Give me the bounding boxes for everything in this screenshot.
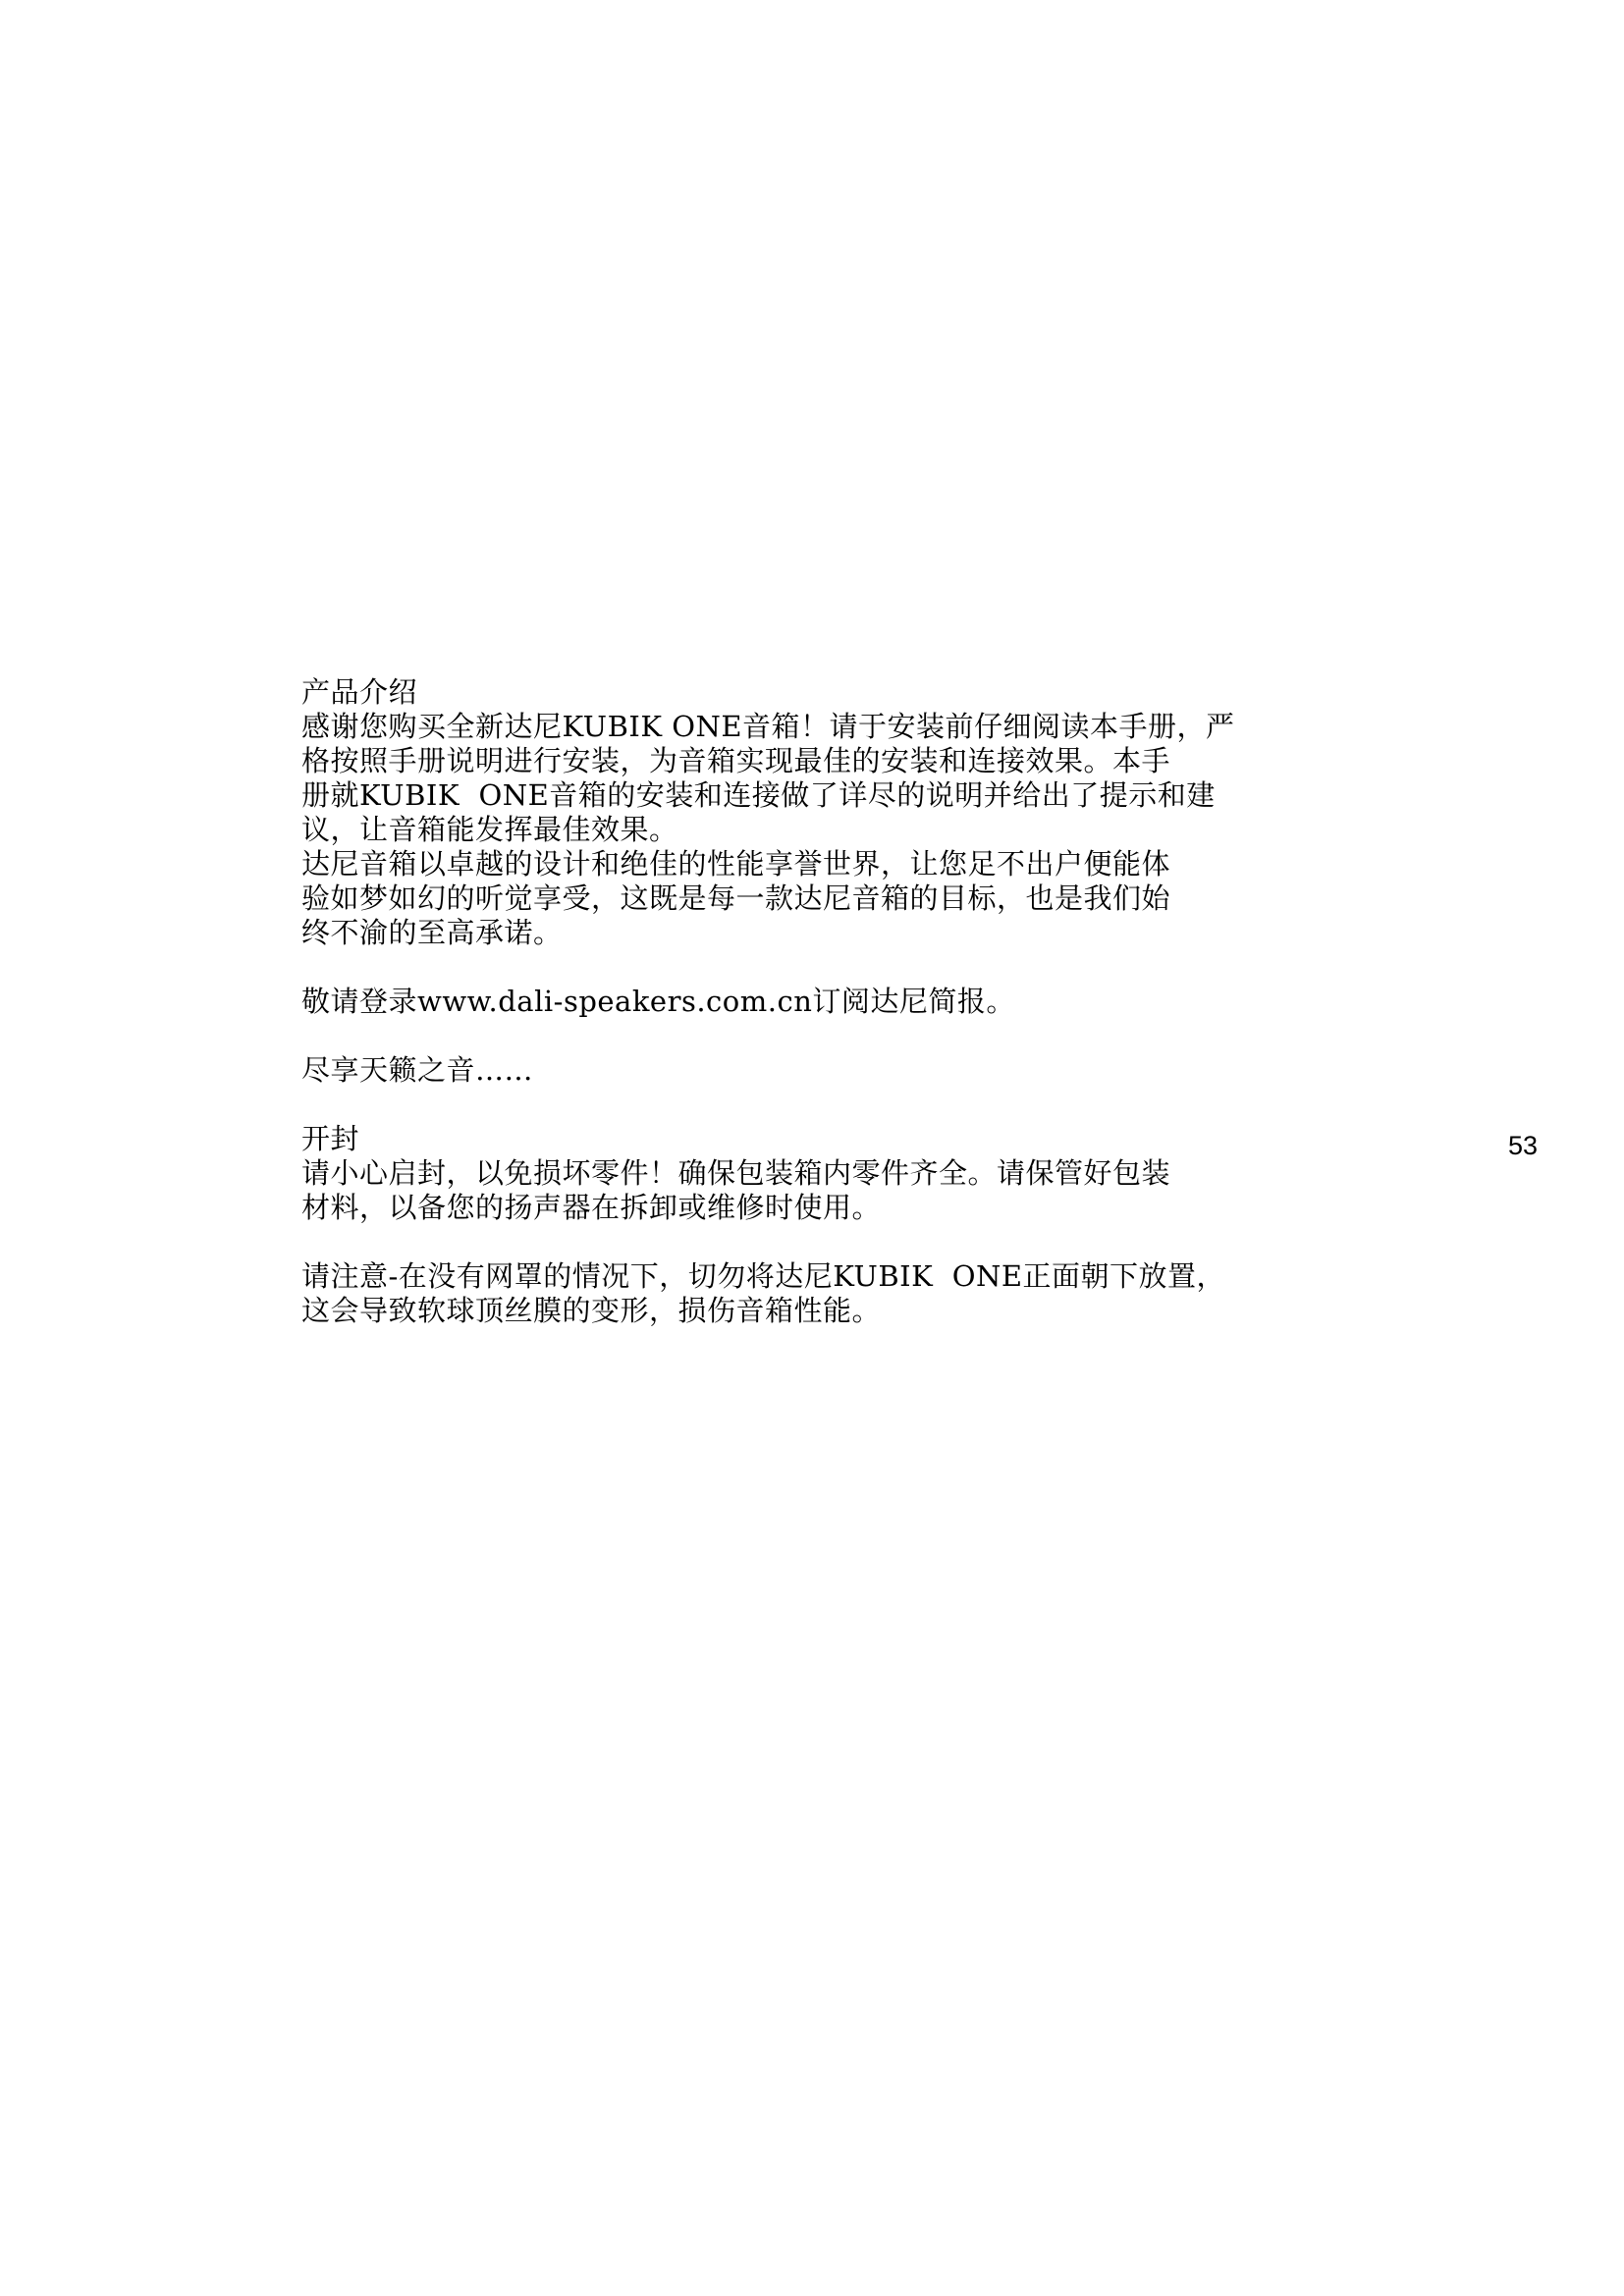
paragraph-line: 册就KUBIK ONE音箱的安装和连接做了详尽的说明并给出了提示和建	[301, 778, 1352, 813]
spacer	[301, 1225, 1352, 1259]
paragraph-line: 验如梦如幻的听觉享受，这既是每一款达尼音箱的目标，也是我们始	[301, 881, 1352, 916]
paragraph-line: 格按照手册说明进行安装，为音箱实现最佳的安装和连接效果。本手	[301, 744, 1352, 778]
tagline: 尽享天籁之音……	[301, 1053, 1352, 1088]
paragraph-line: 达尼音箱以卓越的设计和绝佳的性能享誉世界，让您足不出户便能体	[301, 847, 1352, 881]
spacer	[301, 950, 1352, 985]
paragraph-line: 材料，以备您的扬声器在拆卸或维修时使用。	[301, 1191, 1352, 1225]
section-heading-unpacking: 开封	[301, 1122, 1352, 1156]
page-number: 53	[1508, 1131, 1538, 1161]
warning-paragraph: 请注意-在没有网罩的情况下，切勿将达尼KUBIK ONE正面朝下放置， 这会导致…	[301, 1259, 1352, 1328]
intro-paragraph-1: 感谢您购买全新达尼KUBIK ONE音箱！请于安装前仔细阅读本手册，严 格按照手…	[301, 710, 1352, 847]
intro-paragraph-2: 达尼音箱以卓越的设计和绝佳的性能享誉世界，让您足不出户便能体 验如梦如幻的听觉享…	[301, 847, 1352, 950]
spacer	[301, 1088, 1352, 1122]
spacer	[301, 1019, 1352, 1053]
paragraph-line: 感谢您购买全新达尼KUBIK ONE音箱！请于安装前仔细阅读本手册，严	[301, 710, 1352, 744]
document-body: 产品介绍 感谢您购买全新达尼KUBIK ONE音箱！请于安装前仔细阅读本手册，严…	[301, 675, 1352, 1328]
paragraph-line: 这会导致软球顶丝膜的变形，损伤音箱性能。	[301, 1294, 1352, 1328]
unpacking-paragraph: 请小心启封，以免损坏零件！确保包装箱内零件齐全。请保管好包装 材料，以备您的扬声…	[301, 1156, 1352, 1225]
section-heading-intro: 产品介绍	[301, 675, 1352, 710]
paragraph-line: 议，让音箱能发挥最佳效果。	[301, 813, 1352, 847]
paragraph-line: 终不渝的至高承诺。	[301, 916, 1352, 950]
paragraph-line: 请注意-在没有网罩的情况下，切勿将达尼KUBIK ONE正面朝下放置，	[301, 1259, 1352, 1294]
subscribe-line: 敬请登录www.dali-speakers.com.cn订阅达尼简报。	[301, 985, 1352, 1019]
paragraph-line: 请小心启封，以免损坏零件！确保包装箱内零件齐全。请保管好包装	[301, 1156, 1352, 1191]
